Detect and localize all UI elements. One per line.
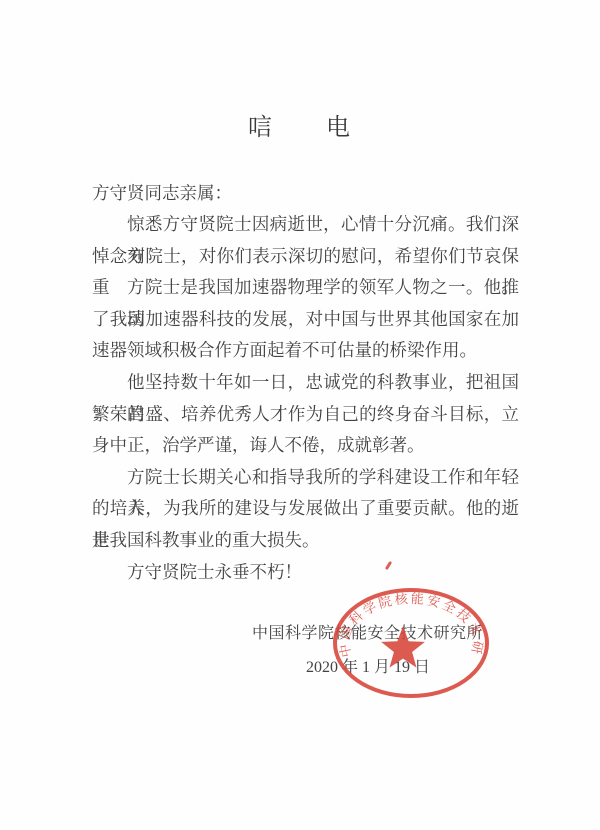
body-line: 是我国科教事业的重大损失。	[92, 525, 519, 557]
body-line: 惊悉方守贤院士因病逝世，心情十分沉痛。我们深刻	[92, 209, 519, 241]
body-line: 方院士长期关心和指导我所的学科建设工作和年轻人	[92, 462, 519, 494]
salutation: 方守贤同志亲属：	[92, 180, 232, 206]
body-line: 悼念方院士，对你们表示深切的慰问，希望你们节哀保重。	[92, 241, 519, 273]
body-line: 身中正，治学严谨，诲人不倦，成就彰著。	[92, 430, 519, 462]
body-line: 速器领域积极合作方面起着不可估量的桥梁作用。	[92, 335, 519, 367]
body-line: 方院士是我国加速器物理学的领军人物之一。他推动	[92, 272, 519, 304]
condolence-letter-page: 唁 电 方守贤同志亲属： 惊悉方守贤院士因病逝世，心情十分沉痛。我们深刻 悼念方…	[0, 0, 600, 830]
body-line: 的培养，为我所的建设与发展做出了重要贡献。他的逝世	[92, 493, 519, 525]
page-title: 唁 电	[0, 111, 600, 145]
star-icon	[381, 626, 425, 668]
body-line: 了我国加速器科技的发展，对中国与世界其他国家在加	[92, 304, 519, 336]
official-seal-stamp: 中国科学院核能安全技术研究所	[330, 586, 492, 702]
body-line: 繁荣昌盛、培养优秀人才作为自己的终身奋斗目标，立	[92, 399, 519, 431]
body-line: 方守贤院士永垂不朽！	[92, 557, 519, 589]
body-line: 他坚持数十年如一日，忠诚党的科教事业，把祖国的	[92, 367, 519, 399]
letter-body: 惊悉方守贤院士因病逝世，心情十分沉痛。我们深刻 悼念方院士，对你们表示深切的慰问…	[92, 209, 519, 588]
